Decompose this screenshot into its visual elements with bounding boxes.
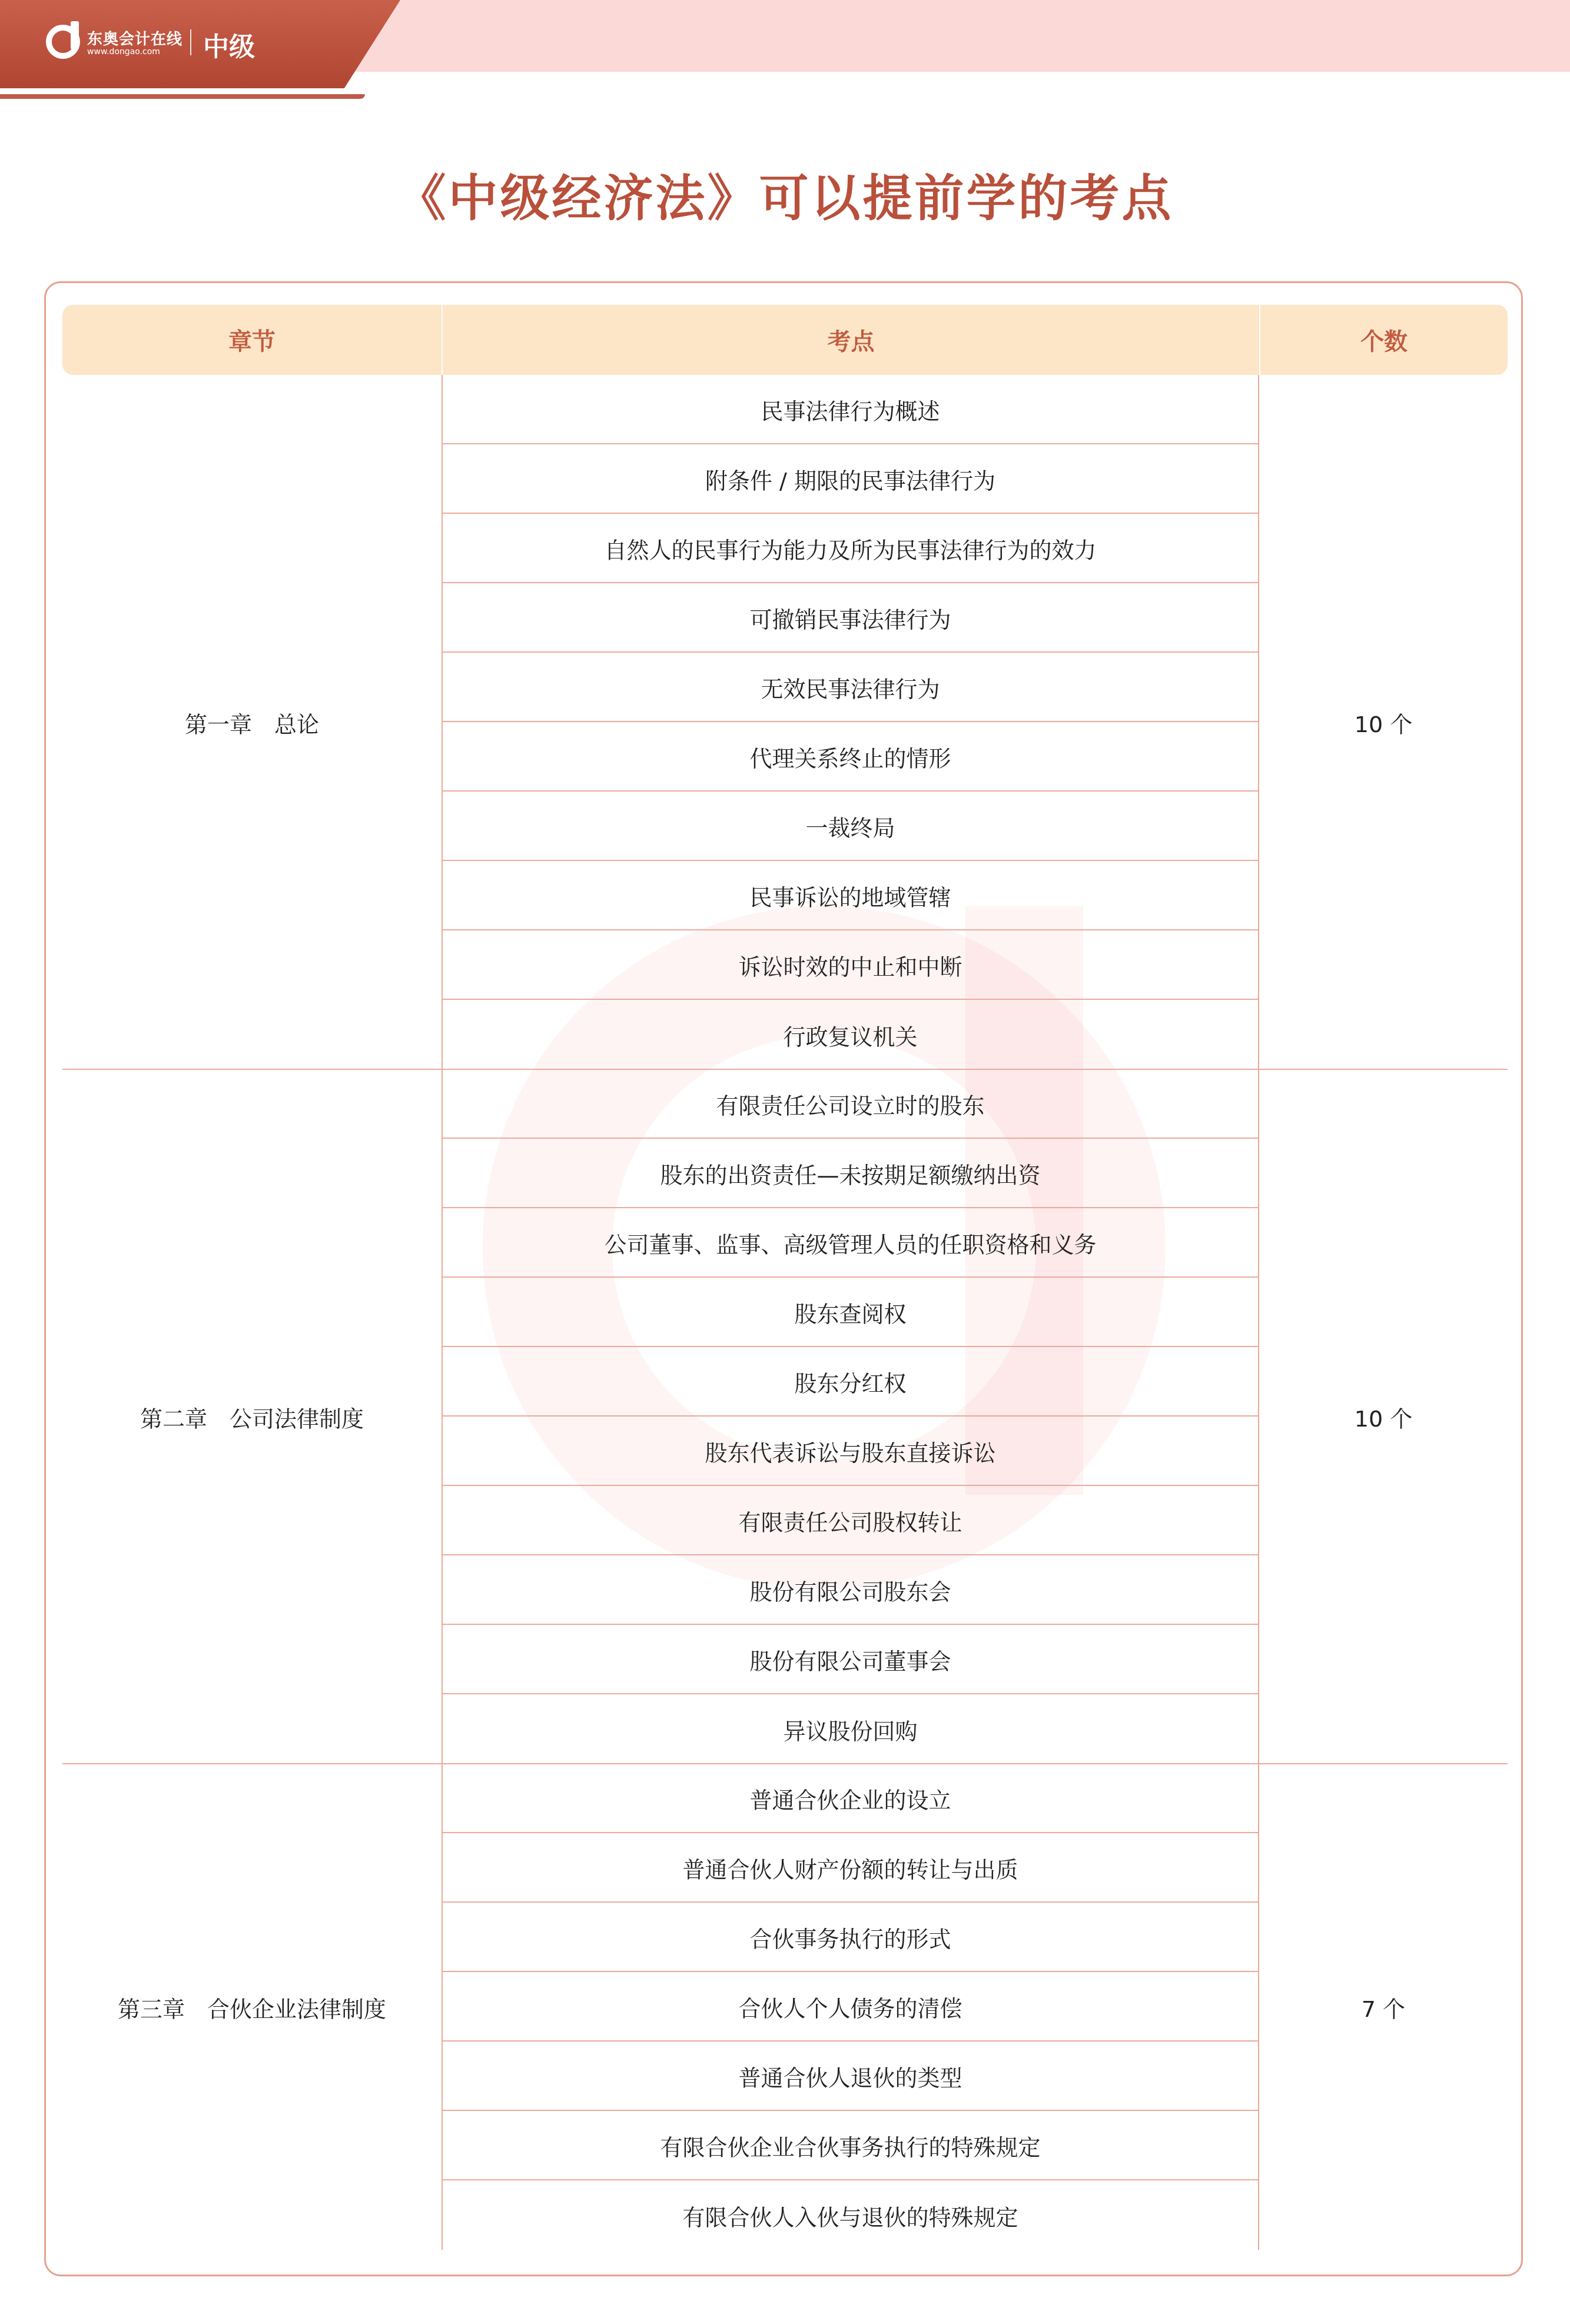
table-row: 自然人的民事行为能力及所为民事法律行为的效力 xyxy=(442,514,1259,583)
level-label: 中级 xyxy=(203,26,255,64)
table-row: 有限合伙人入伙与退伙的特殊规定 xyxy=(442,2180,1259,2250)
table-row: 股东分红权 xyxy=(442,1347,1259,1417)
table-row: 行政复议机关 xyxy=(442,1000,1259,1069)
page-title: 《中级经济法》可以提前学的考点 xyxy=(0,159,1570,230)
table-row: 有限责任公司股权转让 xyxy=(442,1486,1259,1555)
table-row: 有限责任公司设立时的股东 xyxy=(442,1069,1259,1139)
brand-underline xyxy=(0,94,365,99)
table-row: 可撤销民事法律行为 xyxy=(442,583,1259,653)
count-cell: 10 个 xyxy=(1259,1069,1508,1764)
table-row: 普通合伙人财产份额的转让与出质 xyxy=(442,1833,1259,1903)
table-row: 普通合伙人退伙的类型 xyxy=(442,2042,1259,2111)
table-row: 无效民事法律行为 xyxy=(442,653,1259,722)
table-row: 股份有限公司股东会 xyxy=(442,1555,1259,1625)
table-row: 异议股份回购 xyxy=(442,1694,1259,1764)
table-row: 合伙人个人债务的清偿 xyxy=(442,1972,1259,2042)
table-row: 代理关系终止的情形 xyxy=(442,722,1259,792)
chapter-cell: 第二章 公司法律制度 xyxy=(62,1069,442,1764)
table-row: 股东查阅权 xyxy=(442,1278,1259,1347)
table-row: 民事诉讼的地域管辖 xyxy=(442,861,1259,930)
table-row: 民事法律行为概述 xyxy=(442,375,1259,444)
brand-divider xyxy=(190,29,191,55)
dongao-logo-stem-icon xyxy=(71,21,79,49)
table-row: 有限合伙企业合伙事务执行的特殊规定 xyxy=(442,2111,1259,2180)
column-header-count: 个数 xyxy=(1260,305,1508,375)
count-cell: 7 个 xyxy=(1259,1764,1508,2250)
table-row: 股份有限公司董事会 xyxy=(442,1625,1259,1694)
count-cell: 10 个 xyxy=(1259,375,1508,1069)
table-row: 合伙事务执行的形式 xyxy=(442,1903,1259,1972)
table-row: 股东代表诉讼与股东直接诉讼 xyxy=(442,1417,1259,1486)
table-row: 普通合伙企业的设立 xyxy=(442,1764,1259,1833)
table-row: 附条件 / 期限的民事法律行为 xyxy=(442,444,1259,514)
chapter-cell: 第三章 合伙企业法律制度 xyxy=(62,1764,442,2250)
table-row: 诉讼时效的中止和中断 xyxy=(442,930,1259,1000)
table-row: 公司董事、监事、高级管理人员的任职资格和义务 xyxy=(442,1208,1259,1278)
brand-url: www.dongao.com xyxy=(87,47,160,56)
table-row: 一裁终局 xyxy=(442,792,1259,861)
column-header-point: 考点 xyxy=(443,305,1259,375)
column-header-chapter: 章节 xyxy=(62,305,442,375)
table-row: 股东的出资责任—未按期足额缴纳出资 xyxy=(442,1139,1259,1208)
brand-name: 东奥会计在线 xyxy=(87,27,182,49)
chapter-cell: 第一章 总论 xyxy=(62,375,442,1069)
